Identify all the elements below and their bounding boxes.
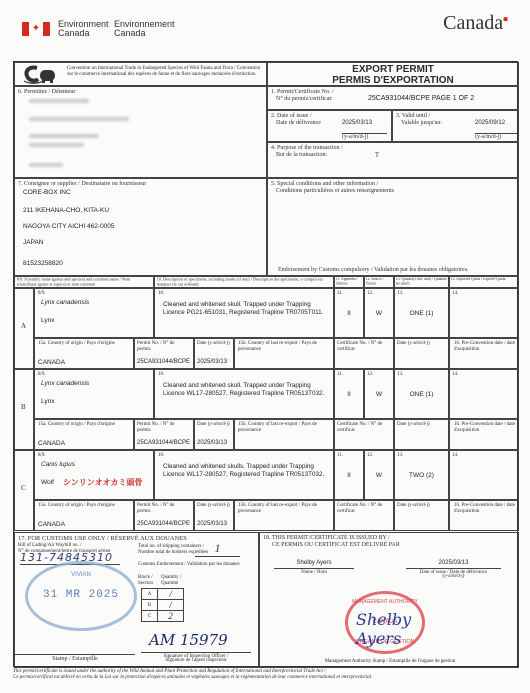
col-header-quota: 14. Exported Quota / Exporté-Quota (449, 276, 519, 288)
col-header-description: 10. Description of specimens, including … (154, 276, 334, 288)
dept-name-fr: EnvironnementCanada (114, 20, 175, 38)
appendix-cell: 11. II (334, 288, 364, 338)
certificate-date-cell: Date (y-a/m/d-j) (394, 500, 449, 531)
box2-date-of-issue: 2. Date of issue / Date de délivrance 20… (267, 110, 392, 142)
scientific-name-cell: 8/9. Canis lupus Wolf シンリンオオカミ頭骨 (34, 450, 154, 500)
origin-date-cell: Date (y-a/m/d-j) 2025/03/13 (194, 500, 234, 531)
customs-date-stamp: VIVIAN 31 MR 2025 (25, 561, 137, 631)
origin-date-cell: Date (y-a/m/d-j) 2025/03/13 (194, 419, 234, 450)
origin-permit-cell: Permit No. / N° de permis 25CA931044/BCP… (134, 338, 194, 369)
redacted-text (29, 163, 63, 167)
box1-permit-number: 1. Permit/Certificate No. / N° du permis… (267, 86, 519, 110)
box5-special-conditions: 5. Special conditions and other informat… (267, 178, 519, 276)
handwritten-annotation: シンリンオオカミ頭骨 (63, 477, 142, 488)
box18-issued-by: 18. THIS PERMIT/CERTIFICATE IS ISSUED BY… (259, 532, 519, 668)
source-cell: 12. W (364, 369, 394, 419)
appendix-cell: 11. II (334, 450, 364, 500)
scientific-name-cell: 8/9. Lynx canadensis Lynx (34, 369, 154, 419)
customs-quantity-row: A / (142, 589, 184, 600)
certificate-cell: Certificate No. / N° de certificat (334, 419, 394, 450)
canada-flag-icon: ✦ (22, 22, 50, 36)
dept-name-en: EnvironmentCanada (58, 20, 109, 38)
redacted-text (29, 143, 84, 147)
issuer-signature: Shelby Ayers (356, 610, 422, 648)
canada-wordmark: Canada■ (443, 12, 508, 35)
reexport-country-cell: 15b. Country of last re-export / Pays de… (234, 500, 334, 531)
certificate-cell: Certificate No. / N° de certificat (334, 500, 394, 531)
origin-country-cell: 15a. Country of origin / Pays d'origine … (34, 419, 134, 450)
col-header-appendix: 11. Appendix / Annexe (334, 276, 364, 288)
section-letter: A (14, 288, 34, 369)
col-header-source: 12. Source / Source (364, 276, 394, 288)
customs-quantity-table: A /B /C 2 (141, 588, 184, 622)
certificate-date-cell: Date (y-a/m/d-j) (394, 419, 449, 450)
redacted-text (29, 99, 89, 103)
management-authority-stamp: MANAGEMENT AUTHORITY CANADA ORGANE DE GE… (345, 591, 425, 654)
col-header-scientific-name: 8/9. Scientific name (genus and species)… (14, 276, 154, 288)
box4-purpose: 4. Purpose of the transaction / But de l… (267, 142, 519, 178)
convention-text: Convention on International Trade in End… (67, 66, 262, 78)
preconvention-cell: 16. Pre-Convention date / date d'acquisi… (449, 500, 519, 531)
origin-country-cell: 15a. Country of origin / Pays d'origine … (34, 500, 134, 531)
cites-header: Convention on International Trade in End… (14, 62, 267, 86)
origin-country-cell: 15a. Country of origin / Pays d'origine … (34, 338, 134, 369)
legal-footer: This permit/certificate is issued under … (13, 669, 518, 681)
document-title: EXPORT PERMIT PERMIS D'EXPORTATION (267, 62, 519, 86)
box3-valid-until: 3. Valid until / Valable jusqu'au: 2025/… (392, 110, 519, 142)
description-cell: 10. Cleaned and whitened skulls. Trapped… (154, 450, 334, 500)
quota-cell: 14. (449, 450, 519, 500)
origin-permit-cell: Permit No. / N° de permis 25CA931044/BCP… (134, 419, 194, 450)
cites-logo-icon (23, 65, 59, 84)
box6-permittee: 6. Permittee / Détenteur (14, 86, 267, 178)
origin-permit-cell: Permit No. / N° de permis 25CA931044/BCP… (134, 500, 194, 531)
customs-quantity-row: B / (142, 600, 184, 611)
letterhead: ✦ EnvironmentCanada EnvironnementCanada … (0, 0, 530, 60)
preconvention-cell: 16. Pre-Convention date / date d'acquisi… (449, 419, 519, 450)
origin-date-cell: Date (y-a/m/d-j) 2025/03/13 (194, 338, 234, 369)
quantity-cell: 13. TWO (2) (394, 450, 449, 500)
col-header-quantity: 13. Quantity (incl. unit) / Quantité (et… (394, 276, 449, 288)
quota-cell: 14. (449, 288, 519, 338)
description-cell: 10. Cleaned and whitened skull. Trapped … (154, 288, 334, 338)
redacted-text (29, 117, 129, 121)
containers-count: 1 (195, 541, 240, 557)
quantity-cell: 13. ONE (1) (394, 288, 449, 338)
source-cell: 12. W (364, 288, 394, 338)
section-letter: C (14, 450, 34, 531)
box7-consignee: 7. Consignee or supplier / Destinataire … (14, 178, 267, 276)
reexport-country-cell: 15b. Country of last re-export / Pays de… (234, 338, 334, 369)
reexport-country-cell: 15b. Country of last re-export / Pays de… (234, 419, 334, 450)
preconvention-cell: 16. Pre-Convention date / date d'acquisi… (449, 338, 519, 369)
section-letter: B (14, 369, 34, 450)
source-cell: 12. W (364, 450, 394, 500)
redacted-text (29, 134, 99, 138)
inspector-signature: AM 15979 (149, 631, 228, 649)
appendix-cell: 11. II (334, 369, 364, 419)
quota-cell: 14. (449, 369, 519, 419)
customs-quantity-row: C 2 (142, 611, 184, 622)
certificate-date-cell: Date (y-a/m/d-j) (394, 338, 449, 369)
certificate-cell: Certificate No. / N° de certificat (334, 338, 394, 369)
scientific-name-cell: 8/9. Lynx canadensis Lynx (34, 288, 154, 338)
permit-form: Convention on International Trade in End… (13, 61, 518, 667)
box17-customs: 17. FOR CUSTOMS USE ONLY / RÉSERVÉ AUX D… (14, 532, 259, 668)
description-cell: 10. Cleaned and whitened skull. Trapped … (154, 369, 334, 419)
quantity-cell: 13. ONE (1) (394, 369, 449, 419)
